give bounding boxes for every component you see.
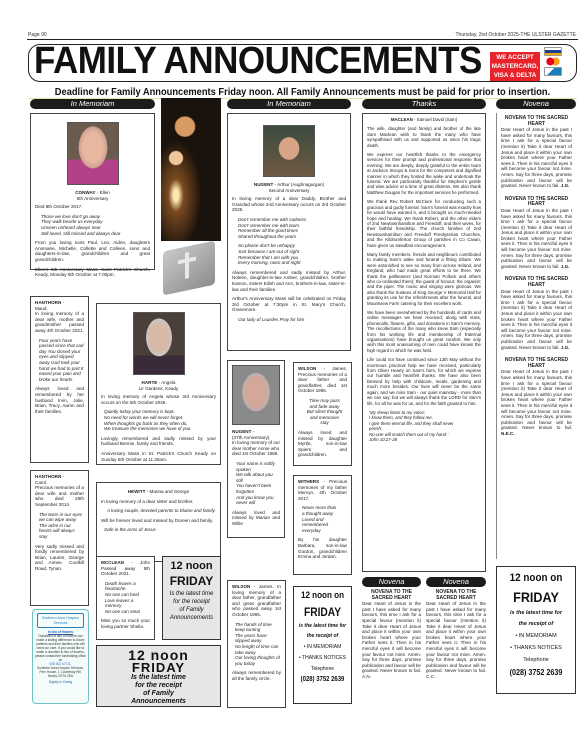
section-novena-right: Novena (496, 99, 576, 109)
conway-name: CONWAY (75, 190, 95, 195)
deadline-notice: Deadline for Family Announcements Friday… (42, 87, 564, 98)
phone-number-right: (028) 3752 2639 (501, 668, 571, 677)
ad-friday-small: 12 noon FRIDAY Is the latest time for th… (162, 556, 221, 640)
ad-phone-right: 12 noon on FRIDAY is the latest time for… (496, 566, 576, 694)
notice-harte: HARTE - AngelaLir Gardens, Keady In lovi… (96, 303, 221, 465)
novena-item: NOVENA TO THE SACRED HEART Dear Heart of… (501, 277, 572, 350)
notice-nugent-arthur: NUGENT - Arthur (Aughnagurgan)Second Ann… (227, 113, 351, 351)
page-number: Page 90 (28, 32, 47, 38)
notice-nugent-annie: NUGENT -(37th Anniversary).In loving mem… (227, 360, 285, 538)
nugent-annie-photo (232, 365, 280, 425)
bible-icon (163, 240, 215, 295)
ad-friday-wide: 12 noon FRIDAY Is the latest time for th… (96, 645, 221, 707)
conway-photo (67, 122, 119, 185)
candle-image (161, 98, 221, 241)
visa-card-icon (544, 47, 562, 56)
notice-hewitt: HEWITT - Marina and George In loving mem… (96, 482, 221, 562)
conway-subtitle: 6th Anniversary (77, 196, 109, 201)
notice-conway: CONWAY - Ellen6th Anniversary Died 8th O… (30, 113, 155, 270)
conway-died: Died 8th October 2017. (35, 204, 150, 210)
harte-photo (133, 312, 185, 375)
accept-cards-badge: WE ACCEPT MASTERCARD, VISA & DELTA (490, 52, 540, 81)
accept-line-2: MASTERCARD, (490, 63, 540, 72)
phone-number: (028) 3752 2639 (298, 676, 346, 683)
notice-maclean-thanks: MACLEAN - Samuel David (Sam) The wife, d… (362, 113, 486, 572)
card-logos (544, 47, 562, 77)
hospice-address: Southern Area Hospice Services, Fern Hou… (35, 666, 86, 678)
mastercard-icon (544, 57, 562, 66)
hospice-tagline: Dignity in Caring (35, 680, 86, 684)
hospice-logo: Southern Area Hospice Services (37, 613, 84, 628)
novena-item: NOVENA TO THE SACRED HEART Dear Heart of… (501, 358, 572, 436)
hospice-body: Donations in lieu of flowers can make a … (35, 634, 86, 662)
section-thanks: Thanks (362, 99, 486, 109)
section-in-memoriam-1: In Memoriam (30, 99, 155, 109)
conway-mass: Ellen's 6th Anniversary Mass, Saint Patr… (35, 267, 150, 278)
section-in-memoriam-2: In Memoriam (227, 99, 351, 109)
novena-bottom-1: NOVENA TO THE SACRED HEART Dear Heart of… (362, 590, 421, 680)
section-novena-bottom-2: Novena (426, 577, 486, 587)
accept-line-1: WE ACCEPT (490, 54, 540, 63)
notice-wilson-1: WILSON - James. Precious memories of a d… (293, 362, 352, 466)
novena-bottom-2: NOVENA TO THE SACRED HEART Dear Heart of… (426, 590, 486, 680)
page-title: FAMILY ANNOUNCEMENTS (34, 40, 482, 83)
nugent-arthur-photo (263, 125, 315, 177)
delta-card-icon (544, 67, 562, 76)
accept-line-3: VISA & DELTA (490, 72, 540, 81)
novena-right-column: NOVENA TO THE SACRED HEART Dear Heart of… (496, 113, 576, 559)
notice-withers: WITHERS - Precious memories of my father… (293, 475, 352, 575)
ad-phone-middle: 12 noon on FRIDAY is the latest time for… (293, 586, 352, 704)
dateline: Thursday, 2nd October 2025-THE ULSTER GA… (455, 32, 576, 38)
section-novena-bottom-1: Novena (362, 577, 421, 587)
notice-wilson-2: WILSON - James. In loving memory of a de… (227, 580, 286, 708)
novena-item: NOVENA TO THE SACRED HEART Dear Heart of… (501, 197, 572, 270)
notice-hanthorn-maud: HANTHORN -Maud.In loving memory of a dea… (30, 296, 89, 463)
hospice-ad: Southern Area Hospice Services In lieu o… (32, 609, 89, 704)
novena-item: NOVENA TO THE SACRED HEART Dear Heart of… (501, 116, 572, 189)
notice-mcclean: MCCLEAN - John Passed away 5th October 2… (96, 556, 155, 640)
conway-from: From you loving sons Paul, Leo, Aiden, d… (35, 240, 150, 262)
notice-hanthorn-carol: HANTHORN -Carol.Precious memories of a d… (30, 470, 89, 606)
conway-given: Ellen (100, 190, 110, 195)
